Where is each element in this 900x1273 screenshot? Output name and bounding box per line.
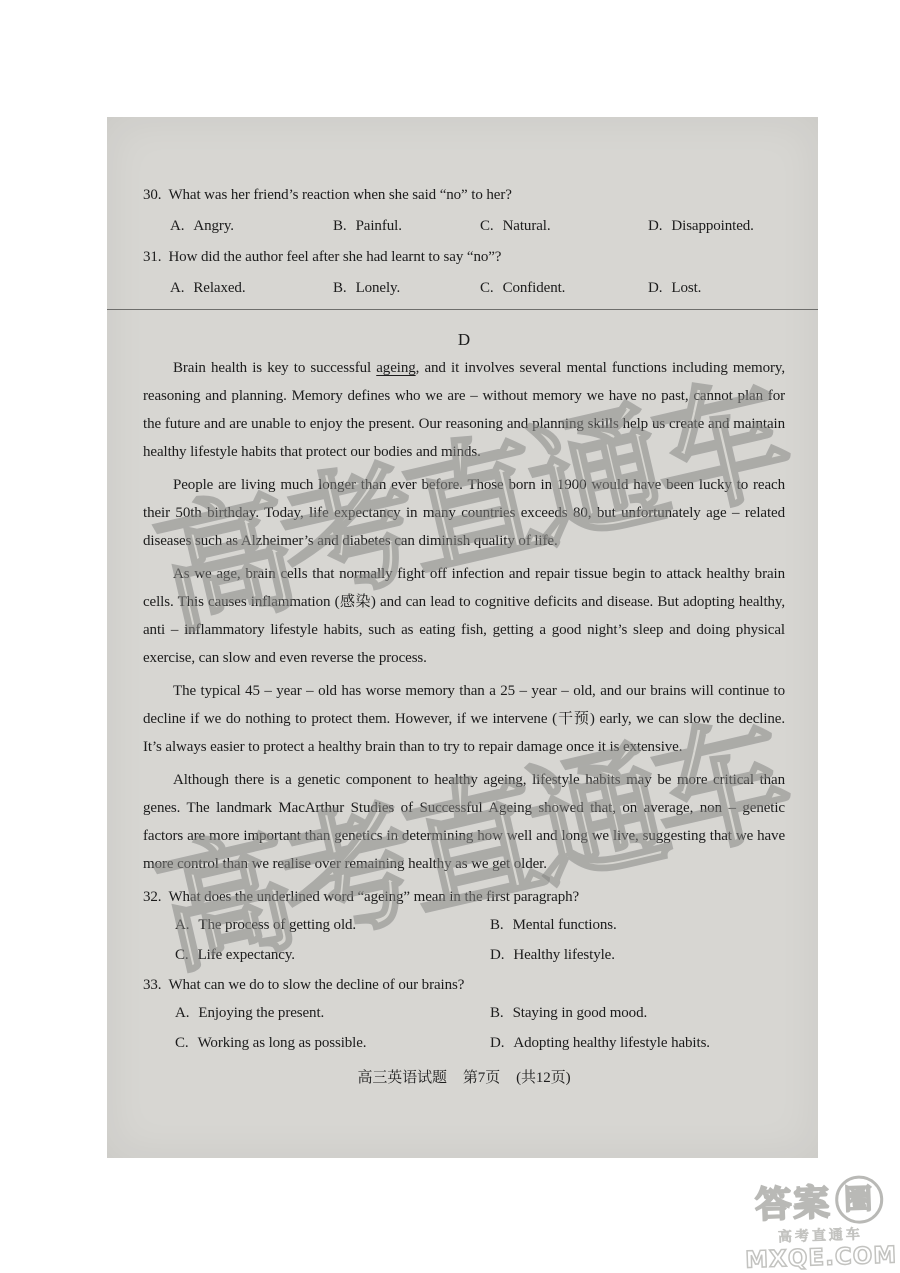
question-31-stem: 31.How did the author feel after she had… [143, 243, 785, 271]
option-a: A.Relaxed. [170, 273, 333, 303]
footer-page-number: 第7页 [463, 1070, 500, 1086]
option-text: Painful. [356, 218, 402, 234]
passage-section-label: D [143, 326, 785, 354]
option-d: D.Disappointed. [648, 211, 785, 241]
option-text: Life expectancy. [198, 947, 295, 963]
question-33-stem: 33.What can we do to slow the decline of… [143, 971, 785, 999]
question-32-stem: 32.What does the underlined word “ageing… [143, 883, 785, 911]
answer-site-logo: 答案 圈 高考直通车 MXQE.COM [742, 1172, 897, 1273]
option-a: A.Enjoying the present. [175, 999, 490, 1028]
option-label: C. [175, 1035, 189, 1051]
option-b: B.Mental functions. [490, 911, 785, 940]
option-text: Lonely. [356, 280, 401, 296]
question-30: 30.What was her friend’s reaction when s… [143, 181, 785, 241]
question-32-options-row-2: C.Life expectancy. D.Healthy lifestyle. [175, 941, 785, 970]
logo-brand-text: 答案 圈 [742, 1172, 896, 1228]
option-a: A.Angry. [170, 211, 333, 241]
question-30-options: A.Angry. B.Painful. C.Natural. D.Disappo… [170, 211, 785, 241]
option-label: B. [333, 218, 347, 234]
question-31: 31.How did the author feel after she had… [143, 243, 785, 303]
option-text: Healthy lifestyle. [513, 947, 615, 963]
logo-site-url: MXQE.COM [745, 1242, 898, 1273]
option-text: Working as long as possible. [198, 1035, 367, 1051]
option-label: D. [648, 218, 662, 234]
question-text: What does the underlined word “ageing” m… [168, 889, 579, 905]
option-text: Lost. [671, 280, 701, 296]
logo-brand-prefix: 答案 [754, 1175, 832, 1229]
option-label: A. [175, 1005, 189, 1021]
option-text: Mental functions. [513, 917, 617, 933]
question-31-options: A.Relaxed. B.Lonely. C.Confident. D.Lost… [170, 273, 785, 303]
paragraph-text: Brain health is key to successful [173, 360, 376, 376]
question-number: 30. [143, 187, 161, 203]
option-label: B. [490, 1005, 504, 1021]
question-33: 33.What can we do to slow the decline of… [143, 971, 785, 1058]
option-label: C. [480, 218, 494, 234]
option-label: C. [175, 947, 189, 963]
option-label: B. [333, 280, 347, 296]
exam-page: 30.What was her friend’s reaction when s… [107, 117, 818, 1158]
option-text: Staying in good mood. [513, 1005, 648, 1021]
option-b: B.Staying in good mood. [490, 999, 785, 1028]
logo-circled-char: 圈 [834, 1174, 884, 1224]
option-d: D.Lost. [648, 273, 785, 303]
footer-page-total: (共12页) [516, 1070, 570, 1086]
question-30-stem: 30.What was her friend’s reaction when s… [143, 181, 785, 209]
option-text: The process of getting old. [198, 917, 356, 933]
option-label: C. [480, 280, 494, 296]
option-text: Relaxed. [193, 280, 245, 296]
passage-paragraph-5: Although there is a genetic component to… [143, 766, 785, 878]
option-label: D. [490, 1035, 504, 1051]
option-text: Enjoying the present. [198, 1005, 324, 1021]
page-content: 30.What was her friend’s reaction when s… [107, 117, 818, 1090]
page-footer: 高三英语试题第7页(共12页) [143, 1066, 785, 1090]
option-d: D.Adopting healthy lifestyle habits. [490, 1029, 785, 1058]
option-c: C.Natural. [480, 211, 648, 241]
option-text: Natural. [503, 218, 551, 234]
option-text: Disappointed. [671, 218, 753, 234]
question-32: 32.What does the underlined word “ageing… [143, 883, 785, 970]
option-text: Angry. [193, 218, 234, 234]
option-label: D. [648, 280, 662, 296]
option-label: A. [175, 917, 189, 933]
footer-exam-title: 高三英语试题 [358, 1070, 447, 1086]
question-32-options-row-1: A.The process of getting old. B.Mental f… [175, 911, 785, 940]
underlined-word-ageing: ageing [376, 360, 415, 376]
passage-paragraph-3: As we age, brain cells that normally fig… [143, 560, 785, 672]
option-c: C.Life expectancy. [175, 941, 490, 970]
passage-paragraph-2: People are living much longer than ever … [143, 471, 785, 555]
option-d: D.Healthy lifestyle. [490, 941, 785, 970]
section-divider [107, 309, 818, 310]
option-text: Adopting healthy lifestyle habits. [513, 1035, 710, 1051]
question-33-options-row-1: A.Enjoying the present. B.Staying in goo… [175, 999, 785, 1028]
option-label: D. [490, 947, 504, 963]
question-number: 31. [143, 249, 161, 265]
question-text: What was her friend’s reaction when she … [168, 187, 511, 203]
option-c: C.Working as long as possible. [175, 1029, 490, 1058]
question-33-options-row-2: C.Working as long as possible. D.Adoptin… [175, 1029, 785, 1058]
passage-paragraph-4: The typical 45 – year – old has worse me… [143, 677, 785, 761]
passage-paragraph-1: Brain health is key to successful ageing… [143, 354, 785, 466]
question-number: 32. [143, 889, 161, 905]
option-a: A.The process of getting old. [175, 911, 490, 940]
option-b: B.Painful. [333, 211, 480, 241]
option-c: C.Confident. [480, 273, 648, 303]
question-text: What can we do to slow the decline of ou… [168, 977, 464, 993]
option-b: B.Lonely. [333, 273, 480, 303]
question-number: 33. [143, 977, 161, 993]
option-label: A. [170, 280, 184, 296]
option-text: Confident. [503, 280, 566, 296]
option-label: A. [170, 218, 184, 234]
question-text: How did the author feel after she had le… [168, 249, 501, 265]
option-label: B. [490, 917, 504, 933]
